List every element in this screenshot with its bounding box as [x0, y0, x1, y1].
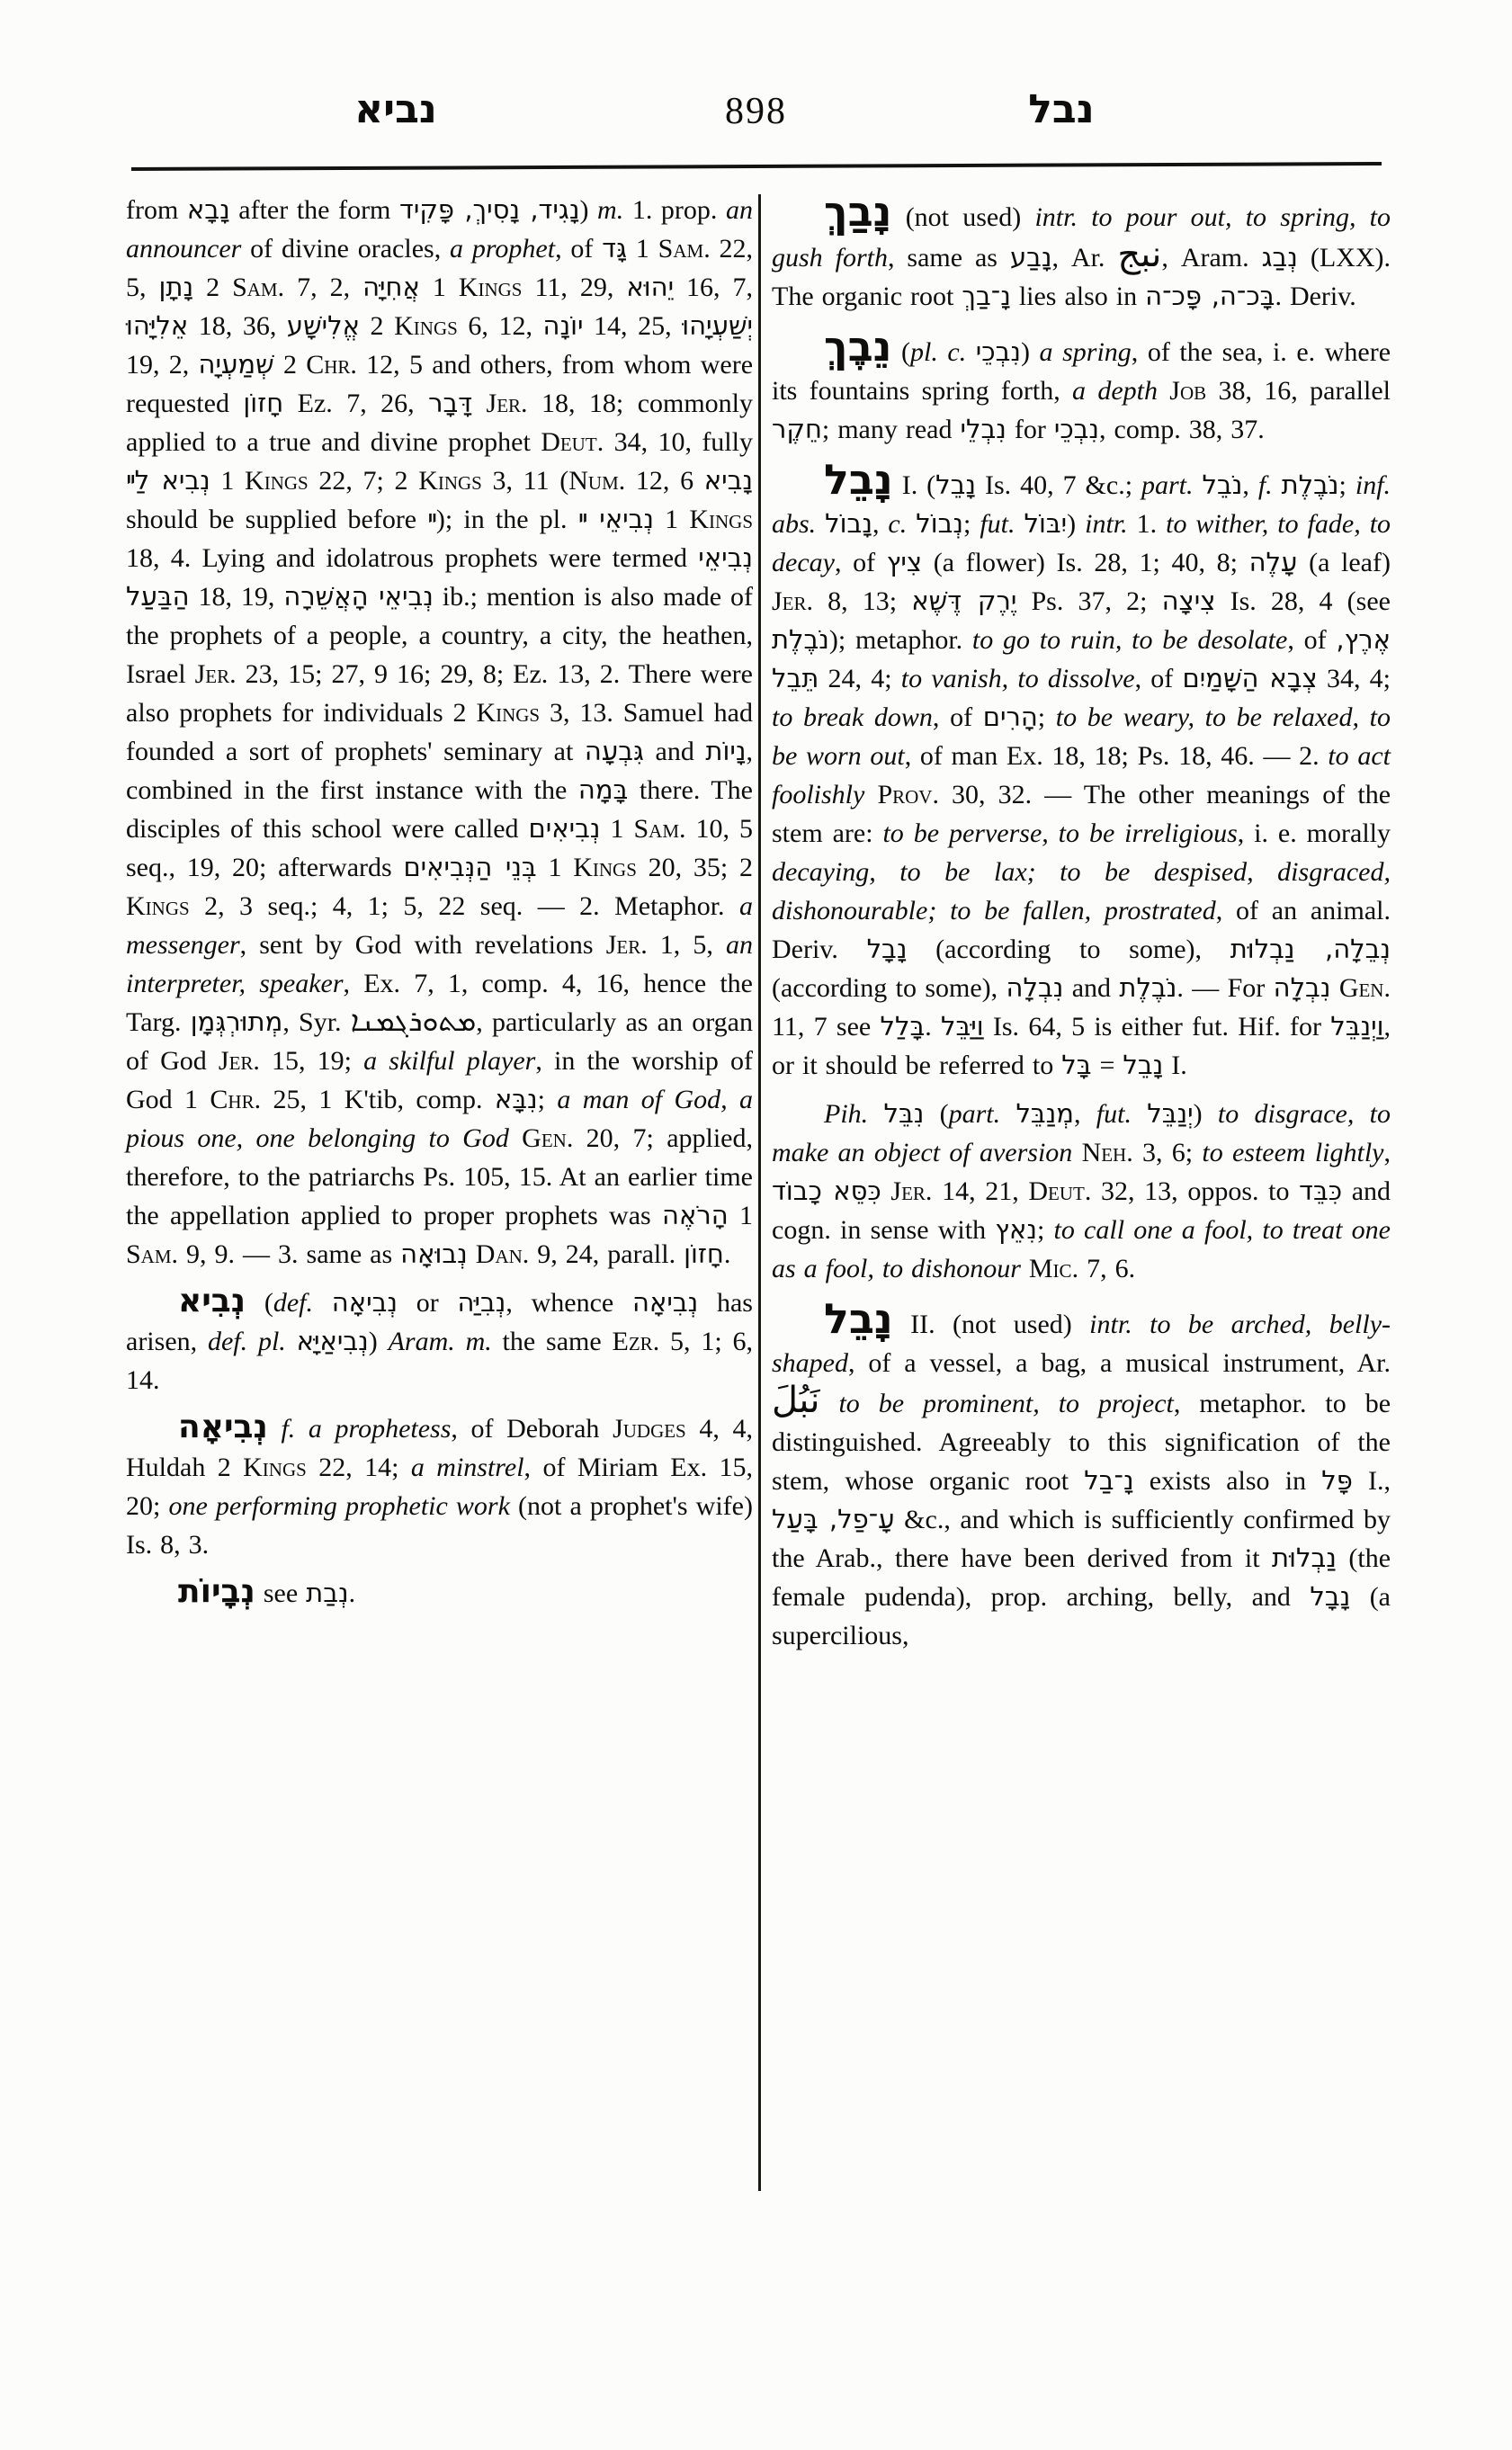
hebrew-text: נָבָל: [1310, 1581, 1350, 1612]
roman-text: , of a vessel, a bag, a musical instrume…: [848, 1348, 1391, 1378]
italic-text: to break down: [772, 702, 933, 732]
roman-text: , Aram.: [1161, 243, 1261, 273]
hebrew-text: נַבְלוּת: [1272, 1542, 1337, 1573]
header-right-keyword: נבל: [810, 83, 1313, 137]
hebrew-text: אֱלִישָׁע: [287, 310, 360, 341]
italic-text: a minstrel: [411, 1453, 524, 1482]
hebrew-text: צְבָא הַשָּׁמַיִם: [1183, 663, 1318, 693]
hebrew-text: נָבֵל: [1123, 1050, 1163, 1080]
column-right: נָבַךְ (not used) intr. to pour out, to …: [772, 191, 1391, 1655]
hebrew-headword: נְבִיא: [178, 1283, 246, 1319]
roman-text: ,: [1074, 1099, 1096, 1129]
italic-text: def.: [273, 1288, 313, 1318]
roman-text: [286, 1327, 297, 1356]
hebrew-headword: נָבֵל: [824, 455, 893, 504]
hebrew-text: שְׁמַעְיָה: [199, 349, 274, 380]
roman-text: Mic. 7, 6.: [1021, 1254, 1135, 1283]
italic-text: to esteem lightly: [1202, 1138, 1383, 1167]
roman-text: . — For: [1176, 973, 1273, 1003]
hebrew-text: בְּנֵי הַנְּבִיאִים: [403, 852, 536, 882]
italic-text: to be prominent, to project: [838, 1389, 1173, 1418]
hebrew-text: חָזוֹן: [684, 1238, 724, 1269]
italic-text: part.: [1141, 470, 1194, 500]
roman-text: I.,: [1353, 1466, 1391, 1496]
italic-text: def. pl.: [208, 1327, 286, 1356]
roman-text: (according to some),: [907, 934, 1230, 964]
roman-text: ): [369, 1327, 389, 1356]
roman-text: .: [724, 1239, 731, 1269]
entry-paragraph: נְבָיוֹת see נְבַת.: [126, 1574, 753, 1613]
roman-text: [907, 509, 916, 539]
scanned-lexicon-page: { "page": { "header": { "left_keyword": …: [0, 0, 1512, 2450]
roman-text: , of: [1135, 664, 1183, 693]
roman-text: should be supplied before: [126, 505, 427, 534]
hebrew-headword: נְבָיוֹת: [178, 1573, 255, 1610]
hebrew-text: נָגִיד, נָסִיךְ, פָּקִיד: [399, 194, 579, 225]
hebrew-text: נֹבֶלֶת: [1282, 469, 1339, 500]
hebrew-text: ײ: [427, 504, 436, 534]
hebrew-text: יֶרֶק דֶּשֶׁא: [911, 586, 1016, 616]
hebrew-text: נְבוֹל: [916, 508, 963, 539]
hebrew-text: גָּד: [602, 233, 627, 264]
italic-text: a spring: [1040, 337, 1132, 367]
roman-text: 2 Kings 6, 12,: [360, 311, 543, 341]
roman-text: Is. 40, 7 &c.;: [976, 470, 1141, 500]
hebrew-text: מְתוּרְגְּמָן: [191, 1006, 283, 1037]
entry-paragraph: נָבֵל II. (not used) intr. to be arched,…: [772, 1298, 1391, 1655]
roman-text: .: [925, 1012, 941, 1042]
hebrew-text: נֹבֶלֶת: [1119, 972, 1176, 1003]
hebrew-text: אֲחִיָּה: [362, 272, 420, 302]
entry-paragraph: from נָבָא after the form נָגִיד, נָסִיך…: [126, 191, 753, 1274]
header-rule: [131, 162, 1382, 171]
hebrew-text: נֹבֵל: [1202, 469, 1242, 500]
roman-text: , of man Ex. 18, 18; Ps. 18, 46. — 2.: [905, 741, 1329, 771]
hebrew-text: צִיץ: [887, 547, 922, 577]
roman-text: 18, 36,: [188, 311, 287, 341]
hebrew-text: דָּבָר: [428, 388, 472, 418]
roman-text: [1132, 1099, 1147, 1129]
italic-text: to go to ruin, to be desolate: [972, 625, 1287, 655]
hebrew-headword: נָבַךְ: [824, 187, 891, 236]
hebrew-text: נְבַת: [306, 1578, 348, 1608]
roman-text: (: [891, 337, 910, 367]
italic-text: to be perverse, to be irreligious: [882, 818, 1237, 848]
roman-text: , whence: [505, 1288, 632, 1318]
hebrew-text: נְבֵלָה, נַבְלוּת: [1230, 934, 1391, 964]
roman-text: 19, 2,: [126, 350, 199, 380]
hebrew-text: בָּל: [1061, 1050, 1091, 1080]
roman-text: (not used): [891, 202, 1034, 232]
hebrew-text: נָבָל: [867, 934, 908, 964]
hebrew-text: וַיַּבֵּל: [941, 1011, 984, 1042]
hebrew-text: יֵהוּא: [626, 272, 674, 302]
roman-text: ): [1067, 509, 1085, 539]
roman-text: [868, 1099, 883, 1129]
hebrew-text: הָרִים: [983, 702, 1038, 732]
roman-text: [1132, 1310, 1150, 1339]
entry-paragraph: נְבִיאָה f. a prophetess, of Deborah Jud…: [126, 1409, 753, 1564]
hebrew-text: נְבִיאַיָּא: [297, 1326, 369, 1356]
roman-text: [313, 1288, 332, 1318]
roman-text: or: [398, 1288, 458, 1318]
hebrew-text: נֹבֶלֶת: [772, 624, 829, 655]
hebrew-text: נָ־בַךְ: [962, 281, 1010, 311]
italic-text: fut.: [980, 509, 1015, 539]
hebrew-text: מְנַבֵּל: [1015, 1098, 1074, 1129]
hebrew-text: נָיוֹת: [705, 736, 746, 766]
roman-text: ; many read: [822, 415, 961, 444]
roman-text: 34, 4;: [1318, 664, 1391, 693]
roman-text: and: [644, 737, 705, 766]
syriac-text: ܡܬܘܪܓܡܢܐ: [351, 1004, 476, 1038]
hebrew-text: עָ־פַל, בָּעַל: [772, 1504, 895, 1534]
hebrew-text: נָתָן: [159, 272, 194, 302]
hebrew-text: בָּמָה: [578, 774, 628, 805]
hebrew-text: נָבוֹל: [825, 508, 872, 539]
roman-text: Job 38, 16, parallel: [1158, 376, 1391, 406]
hebrew-headword: נֵבֶךְ: [824, 322, 891, 371]
roman-text: .: [349, 1578, 356, 1608]
roman-text: ): [579, 195, 597, 225]
hebrew-text: חָזוֹן: [243, 388, 283, 418]
entry-paragraph: Pih. נִבֵּל (part. מְנַבֵּל, fut. יְנַבֵ…: [772, 1095, 1391, 1288]
roman-text: and: [1063, 973, 1119, 1003]
roman-text: [295, 1414, 309, 1444]
hebrew-text: נָבֵל: [935, 469, 976, 500]
hebrew-text: וַיְנַבֵּל: [1330, 1011, 1383, 1042]
roman-text: Dan. 9, 24, parall.: [468, 1239, 684, 1269]
page-header: נביא 898 נבל: [0, 83, 1512, 155]
hebrew-text: נִבְלָה: [1274, 972, 1331, 1003]
roman-text: ;: [963, 509, 980, 539]
hebrew-text: נָבָא: [187, 194, 230, 225]
roman-text: =: [1091, 1051, 1123, 1080]
hebrew-text: נִאֵץ: [995, 1214, 1037, 1245]
hebrew-text: צִיצָה: [1162, 586, 1216, 616]
roman-text: ;: [1038, 702, 1056, 732]
roman-text: [966, 337, 976, 367]
hebrew-text: נְבִיאִים: [529, 813, 601, 844]
italic-text: part.: [949, 1099, 1001, 1129]
roman-text: ;: [1339, 470, 1355, 500]
roman-text: of divine oracles,: [241, 234, 450, 264]
roman-text: ,: [1242, 470, 1257, 500]
hebrew-text: בָּכ־ה, פָּכ־ה: [1145, 281, 1275, 311]
roman-text: (: [924, 1099, 948, 1129]
roman-text: for: [1007, 415, 1054, 444]
italic-text: intr.: [1085, 509, 1128, 539]
roman-text: , Syr.: [282, 1007, 350, 1037]
hebrew-headword: נָבֵל: [824, 1294, 893, 1343]
hebrew-text: נִבְכֵי: [1054, 414, 1099, 444]
hebrew-text: נְבִיאָה: [632, 1287, 698, 1318]
roman-text: [816, 509, 825, 539]
roman-text: (according to some),: [772, 973, 1007, 1003]
roman-text: , i. e. morally: [1238, 818, 1391, 848]
roman-text: Neh. 3, 6;: [1072, 1138, 1202, 1167]
italic-text: m.: [466, 1327, 492, 1356]
hebrew-text: נְבוּאָה: [400, 1238, 468, 1269]
roman-text: Ps. 37, 2;: [1016, 586, 1161, 616]
roman-text: (: [246, 1288, 273, 1318]
italic-text: f.: [1258, 470, 1273, 500]
roman-text: , of: [555, 234, 602, 264]
hebrew-text: נְבִיַּה: [458, 1287, 506, 1318]
italic-text: Pih.: [824, 1099, 868, 1129]
roman-text: . Deriv.: [1275, 282, 1355, 311]
roman-text: ;: [1037, 1215, 1054, 1245]
italic-text: to vanish, to dissolve: [901, 664, 1135, 693]
hebrew-text: יוֹנָה: [543, 310, 584, 341]
hebrew-text: נָבִיא: [704, 465, 753, 496]
hebrew-text: נָ־בַל: [1084, 1465, 1133, 1496]
entry-paragraph: נֵבֶךְ (pl. c. נִבְכֵי) a spring, of the…: [772, 326, 1391, 449]
roman-text: ); in the pl.: [436, 505, 578, 534]
roman-text: ,: [1384, 1138, 1391, 1167]
roman-text: ): [1021, 337, 1040, 367]
roman-text: see: [255, 1578, 306, 1608]
italic-text: m.: [597, 195, 623, 225]
italic-text: one performing prophetic work: [168, 1491, 509, 1521]
hebrew-text: גִּבְעָה: [585, 736, 644, 766]
italic-text: Aram.: [389, 1327, 455, 1356]
roman-text: 2 Sam. 7, 2,: [193, 273, 362, 302]
arabic-text: نبج: [1117, 234, 1161, 275]
hebrew-text: פָּל: [1321, 1465, 1353, 1496]
roman-text: , comp. 38, 37.: [1099, 415, 1265, 444]
roman-text: [820, 1389, 839, 1418]
roman-text: , of: [1287, 625, 1336, 655]
roman-text: Is. 28, 4 (see: [1215, 586, 1391, 616]
hebrew-text: נְבִיאֵי ײ: [578, 504, 654, 534]
roman-text: , sent by God with revelations Jer. 1, 5…: [240, 930, 726, 960]
hebrew-text: נִבֵּל: [883, 1098, 924, 1129]
hebrew-text: נִבְכֵי: [976, 336, 1021, 367]
hebrew-text: נִבָּא: [495, 1084, 538, 1114]
roman-text: 14, 25,: [583, 311, 682, 341]
hebrew-text: נְבִיא לַײ: [126, 465, 210, 496]
roman-text: ): [1194, 1099, 1218, 1129]
roman-text: Ez. 7, 26,: [283, 389, 428, 418]
roman-text: [455, 1327, 466, 1356]
hebrew-text: נְבִיאֵי הָאֲשֵׁרָה: [283, 581, 434, 612]
italic-text: a prophet: [450, 234, 555, 264]
column-left: from נָבָא after the form נָגִיד, נָסִיך…: [126, 191, 753, 1613]
roman-text: [1000, 1099, 1015, 1129]
roman-text: Jer. 14, 21, Deut. 32, 13, oppos. to: [881, 1176, 1299, 1206]
hebrew-headword: נְבִיאָה: [178, 1408, 268, 1445]
roman-text: after the form: [230, 195, 399, 225]
roman-text: 24, 4;: [819, 664, 900, 693]
italic-text: intr.: [1034, 202, 1078, 232]
hebrew-text: יְנַבֵּל: [1147, 1098, 1193, 1129]
roman-text: I. (: [893, 470, 935, 500]
hebrew-text: נָבַע: [1010, 242, 1052, 273]
italic-text: a skilful player: [363, 1046, 535, 1076]
roman-text: 1 Kings 11, 29,: [420, 273, 627, 302]
hebrew-text: חֵקֶר: [772, 414, 822, 444]
roman-text: , of: [933, 702, 983, 732]
roman-text: Is. 64, 5 is either fut. Hif. for: [984, 1012, 1331, 1042]
roman-text: I.: [1163, 1051, 1187, 1080]
roman-text: ,: [872, 509, 888, 539]
roman-text: [1194, 470, 1203, 500]
hebrew-text: הָרֹאֶה: [662, 1200, 729, 1230]
hebrew-text: אֵלִיָּהוּ: [126, 310, 188, 341]
arabic-text: نَبُلَ: [772, 1380, 820, 1421]
roman-text: 1.: [1128, 509, 1166, 539]
roman-text: exists also in: [1134, 1466, 1322, 1496]
roman-text: 1 Kings 22, 7; 2 Kings 3, 11 (Num. 12, 6: [210, 466, 704, 496]
hebrew-text: נְבִיאָה: [332, 1287, 398, 1318]
roman-text: 18, 19,: [190, 582, 284, 612]
roman-text: 1. prop.: [623, 195, 726, 225]
italic-text: a prophetess: [309, 1414, 452, 1444]
roman-text: [1015, 509, 1024, 539]
italic-text: pl. c.: [910, 337, 966, 367]
hebrew-text: יִבּוֹל: [1024, 508, 1067, 539]
hebrew-text: בָּלַל: [880, 1011, 925, 1042]
italic-text: c.: [888, 509, 907, 539]
entry-paragraph: נָבֵל I. (נָבֵל Is. 40, 7 &c.; part. נֹב…: [772, 459, 1391, 1085]
hebrew-text: נִבְלֵי: [961, 414, 1007, 444]
roman-text: lies also in: [1011, 282, 1145, 311]
hebrew-text: נְבַג: [1262, 242, 1298, 273]
roman-text: , Ar.: [1051, 243, 1117, 273]
hebrew-text: כִּסֵּא כָבוֹד: [772, 1176, 881, 1206]
roman-text: [268, 1414, 282, 1444]
entry-paragraph: נָבַךְ (not used) intr. to pour out, to …: [772, 191, 1391, 316]
italic-text: a depth: [1072, 376, 1158, 406]
roman-text: , same as: [888, 243, 1010, 273]
roman-text: II. (not used): [893, 1310, 1089, 1339]
italic-text: intr.: [1089, 1310, 1132, 1339]
column-divider-rule: [758, 194, 761, 2191]
hebrew-text: יְשַׁעְיָהוּ: [682, 310, 753, 341]
roman-text: 16, 7,: [674, 273, 753, 302]
hebrew-text: נִבְלָה: [1007, 972, 1064, 1003]
roman-text: (a flower) Is. 28, 1; 40, 8;: [922, 548, 1249, 577]
roman-text: [1078, 202, 1091, 232]
italic-text: f.: [281, 1414, 295, 1444]
hebrew-text: כִּבֵּד: [1299, 1176, 1342, 1206]
roman-text: from: [126, 195, 187, 225]
roman-text: [1273, 470, 1282, 500]
roman-text: ); metaphor.: [829, 625, 972, 655]
entry-paragraph: נְבִיא (def. נְבִיאָה or נְבִיַּה, whenc…: [126, 1283, 753, 1399]
roman-text: ;: [538, 1085, 558, 1114]
hebrew-text: עָלֶה: [1249, 547, 1298, 577]
italic-text: fut.: [1096, 1099, 1132, 1129]
roman-text: , of: [835, 548, 887, 577]
